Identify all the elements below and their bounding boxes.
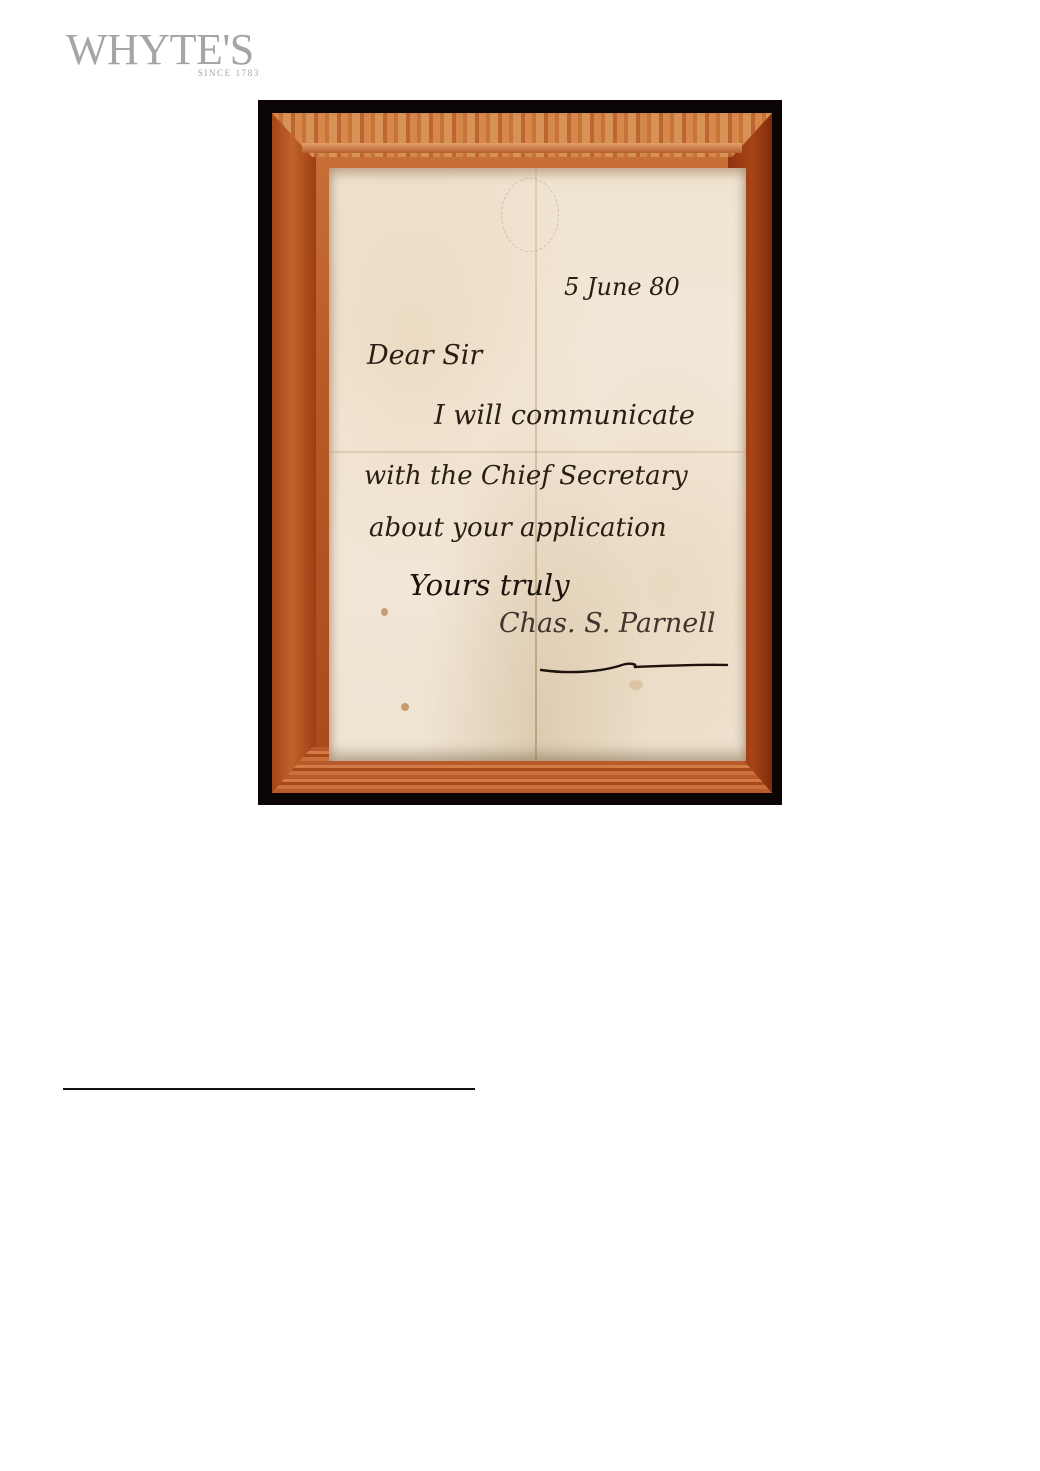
letter-signature: Chas. S. Parnell	[499, 608, 715, 639]
wooden-frame: 5 June 80 Dear Sir I will communicate wi…	[272, 113, 772, 793]
letter-salutation: Dear Sir	[367, 340, 482, 371]
framed-letter-photo: 5 June 80 Dear Sir I will communicate wi…	[258, 100, 782, 805]
letter-body-line: I will communicate	[434, 400, 695, 431]
foxing-spot	[381, 608, 388, 616]
letter-body-line: with the Chief Secretary	[364, 461, 688, 491]
fold-crease-horizontal	[329, 451, 746, 453]
frame-left-rail	[272, 113, 316, 793]
whytes-logo: WHYTE'S SINCE 1783	[66, 28, 262, 80]
logo-wordmark: WHYTE'S	[66, 28, 254, 72]
letter-closing: Yours truly	[409, 568, 570, 602]
letter-body-line: about your application	[369, 513, 667, 543]
letter-date: 5 June 80	[564, 273, 680, 301]
signature-flourish	[539, 656, 729, 676]
foxing-spot	[629, 680, 643, 690]
footnote-divider	[63, 1088, 475, 1090]
foxing-spot	[401, 703, 409, 711]
frame-bead	[302, 143, 742, 153]
letter-paper: 5 June 80 Dear Sir I will communicate wi…	[329, 168, 746, 761]
embossed-stamp	[501, 178, 559, 252]
logo-tagline: SINCE 1783	[198, 68, 260, 78]
